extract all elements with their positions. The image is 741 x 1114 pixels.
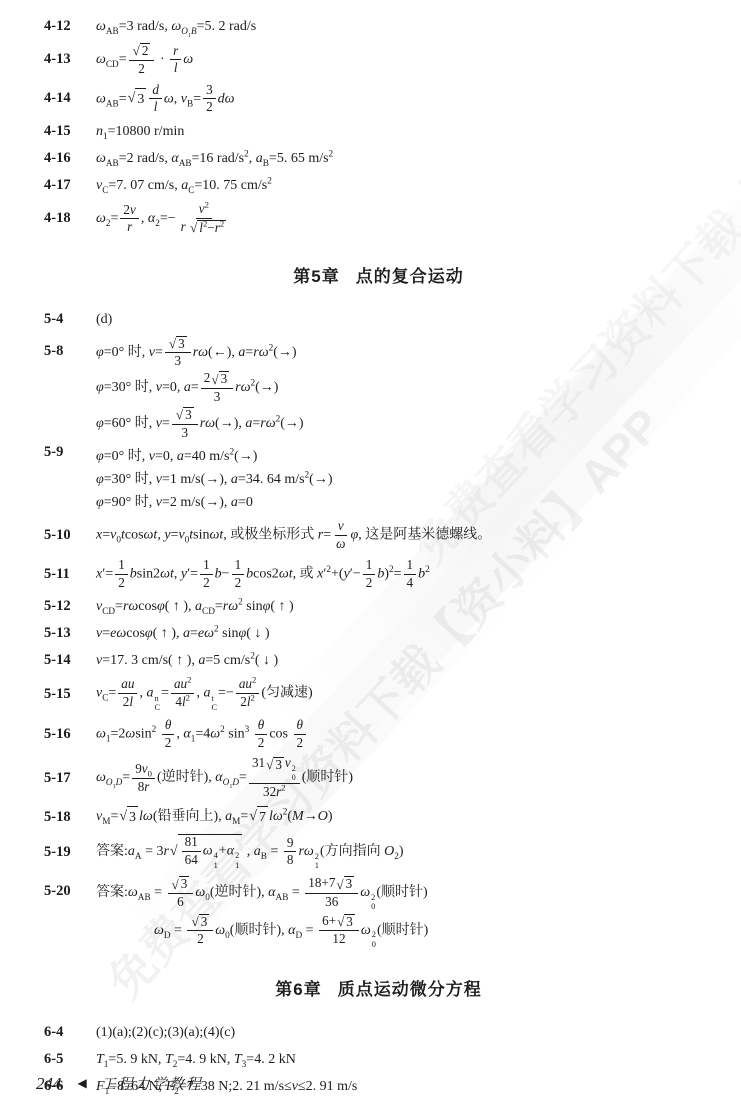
- problem-number: 5-8: [44, 334, 96, 360]
- formula-line: (1)(a);(2)(c);(3)(a);(4)(c): [96, 1022, 713, 1043]
- chapter-number: 第5章: [293, 267, 339, 286]
- problem-row: 5-20答案:ωAB = √36ω0(逆时针), αAB = 18+7√336ω…: [44, 874, 713, 950]
- chapter-title: 点的复合运动: [356, 267, 464, 286]
- problem-number: 4-15: [44, 123, 96, 140]
- problem-row: 5-19答案:aA = 3r√8164ω41+α21 , aB = 98rω21…: [44, 832, 713, 872]
- formula-line: v=eωcosφ( ↑ ), a=eω2 sinφ( ↓ ): [96, 623, 713, 644]
- problem-row: 4-13ωCD=√22 · rlω: [44, 41, 713, 79]
- formula-line: φ=0° 时, v=√33rω(←), a=rω2(→): [96, 336, 713, 370]
- problem-number: 4-18: [44, 210, 96, 227]
- problem-number: 5-18: [44, 809, 96, 826]
- problem-row: 5-10x=v0tcosωt, y=v0tsinωt, 或极坐标形式 r=vωφ…: [44, 517, 713, 553]
- formula-line: vC=au2l, anC=au24l2, atC=−au22l2(匀减速): [96, 677, 713, 712]
- problem-row: 5-13v=eωcosφ( ↑ ), a=eω2 sinφ( ↓ ): [44, 621, 713, 646]
- problem-row: 5-16ω1=2ωsin2 θ2, α1=4ω2 sin3 θ2cos θ2: [44, 716, 713, 752]
- formula-line: (d): [96, 309, 713, 330]
- problem-row: 5-15vC=au2l, anC=au24l2, atC=−au22l2(匀减速…: [44, 675, 713, 714]
- problem-answer: ωCD=√22 · rlω: [96, 41, 713, 79]
- problem-answer: x=v0tcosωt, y=v0tsinωt, 或极坐标形式 r=vωφ, 这是…: [96, 517, 713, 553]
- problem-answer: ωAB=3 rad/s, ωO1B=5. 2 rad/s: [96, 14, 713, 39]
- problem-number: 4-14: [44, 90, 96, 107]
- problem-answer: φ=0° 时, v=0, a=40 m/s2(→)φ=30° 时, v=1 m/…: [96, 444, 713, 515]
- formula-line: ωAB=2 rad/s, αAB=16 rad/s2, aB=5. 65 m/s…: [96, 148, 713, 169]
- formula-line: ωAB=3 rad/s, ωO1B=5. 2 rad/s: [96, 16, 713, 37]
- problem-number: 5-17: [44, 770, 96, 787]
- left-triangle-icon: ◀: [78, 1076, 87, 1091]
- problem-row: 5-17ωO1D=9v08r(逆时针), αO1D=31√3v2032r2(顺时…: [44, 754, 713, 802]
- problem-answer: 答案:ωAB = √36ω0(逆时针), αAB = 18+7√336ω20(顺…: [96, 874, 713, 950]
- book-title: 工程力学教程: [101, 1073, 203, 1094]
- formula-line: φ=60° 时, v=√33rω(→), a=rω2(→): [96, 407, 713, 441]
- problem-answer: ω1=2ωsin2 θ2, α1=4ω2 sin3 θ2cos θ2: [96, 716, 713, 752]
- problem-row: 4-17vC=7. 07 cm/s, aC=10. 75 cm/s2: [44, 173, 713, 198]
- problem-row: 6-4(1)(a);(2)(c);(3)(a);(4)(c): [44, 1020, 713, 1045]
- problem-row: 4-15n1=10800 r/min: [44, 119, 713, 144]
- problem-row: 4-16ωAB=2 rad/s, αAB=16 rad/s2, aB=5. 65…: [44, 146, 713, 171]
- formula-line: x′=12bsin2ωt, y′=12b−12bcos2ωt, 或 x′2+(y…: [96, 558, 713, 590]
- problem-answer: vCD=rωcosφ( ↑ ), aCD=rω2 sinφ( ↑ ): [96, 594, 713, 619]
- formula-line: ω1=2ωsin2 θ2, α1=4ω2 sin3 θ2cos θ2: [96, 718, 713, 750]
- formula-line: φ=0° 时, v=0, a=40 m/s2(→): [96, 446, 713, 467]
- formula-line: vC=7. 07 cm/s, aC=10. 75 cm/s2: [96, 175, 713, 196]
- problem-number: 5-4: [44, 311, 96, 328]
- formula-line: vCD=rωcosφ( ↑ ), aCD=rω2 sinφ( ↑ ): [96, 596, 713, 617]
- formula-line: x=v0tcosωt, y=v0tsinωt, 或极坐标形式 r=vωφ, 这是…: [96, 519, 713, 551]
- problem-answer: ωAB=√3dlω, vB=32dω: [96, 81, 713, 117]
- problem-answer: x′=12bsin2ωt, y′=12b−12bcos2ωt, 或 x′2+(y…: [96, 556, 713, 592]
- formula-line: ωD = √32ω0(顺时针), αD = 6+√312ω20(顺时针): [96, 914, 713, 949]
- formula-line: 答案:aA = 3r√8164ω41+α21 , aB = 98rω21(方向指…: [96, 834, 713, 870]
- formula-line: T1=5. 9 kN, T2=4. 9 kN, T3=4. 2 kN: [96, 1049, 713, 1070]
- formula-line: v=17. 3 cm/s( ↑ ), a=5 cm/s2( ↓ ): [96, 650, 713, 671]
- problem-number: 5-12: [44, 598, 96, 615]
- problem-row: 6-5T1=5. 9 kN, T2=4. 9 kN, T3=4. 2 kN: [44, 1047, 713, 1072]
- problem-number: 6-4: [44, 1024, 96, 1041]
- chapter-title: 质点运动微分方程: [338, 980, 482, 999]
- problem-number: 5-13: [44, 625, 96, 642]
- problem-row: 5-4(d): [44, 307, 713, 332]
- answers-content: 4-12ωAB=3 rad/s, ωO1B=5. 2 rad/s4-13ωCD=…: [0, 0, 741, 1101]
- page-number: 244: [36, 1074, 62, 1094]
- problem-number: 4-17: [44, 177, 96, 194]
- problem-number: 5-9: [44, 444, 96, 461]
- formula-line: n1=10800 r/min: [96, 121, 713, 142]
- problem-number: 4-13: [44, 51, 96, 68]
- problem-number: 5-10: [44, 527, 96, 544]
- problem-row: 4-18ω2=2vr, α2=−v2r √l2−r2: [44, 200, 713, 238]
- chapter-heading: 第5章点的复合运动: [44, 262, 713, 287]
- formula-line: φ=30° 时, v=1 m/s(→), a=34. 64 m/s2(→): [96, 469, 713, 490]
- problem-number: 5-14: [44, 652, 96, 669]
- problem-answer: T1=5. 9 kN, T2=4. 9 kN, T3=4. 2 kN: [96, 1047, 713, 1072]
- problem-answer: n1=10800 r/min: [96, 119, 713, 144]
- problem-number: 5-11: [44, 566, 96, 583]
- problem-row: 4-14ωAB=√3dlω, vB=32dω: [44, 81, 713, 117]
- problem-number: 4-16: [44, 150, 96, 167]
- formula-line: ωO1D=9v08r(逆时针), αO1D=31√3v2032r2(顺时针): [96, 756, 713, 800]
- problem-number: 4-12: [44, 18, 96, 35]
- problem-answer: v=eωcosφ( ↑ ), a=eω2 sinφ( ↓ ): [96, 621, 713, 646]
- formula-line: 答案:ωAB = √36ω0(逆时针), αAB = 18+7√336ω20(顺…: [96, 876, 713, 911]
- chapter-heading: 第6章质点运动微分方程: [44, 975, 713, 1000]
- formula-line: φ=30° 时, v=0, a=2√33rω2(→): [96, 371, 713, 405]
- formula-line: φ=90° 时, v=2 m/s(→), a=0: [96, 492, 713, 513]
- problem-answer: ωAB=2 rad/s, αAB=16 rad/s2, aB=5. 65 m/s…: [96, 146, 713, 171]
- problem-answer: v=17. 3 cm/s( ↑ ), a=5 cm/s2( ↓ ): [96, 648, 713, 673]
- problem-row: 4-12ωAB=3 rad/s, ωO1B=5. 2 rad/s: [44, 14, 713, 39]
- problem-number: 5-20: [44, 874, 96, 900]
- problem-number: 5-15: [44, 686, 96, 703]
- formula-line: ω2=2vr, α2=−v2r √l2−r2: [96, 202, 713, 236]
- problem-row: 5-8φ=0° 时, v=√33rω(←), a=rω2(→)φ=30° 时, …: [44, 334, 713, 443]
- problem-row: 5-14v=17. 3 cm/s( ↑ ), a=5 cm/s2( ↓ ): [44, 648, 713, 673]
- problem-row: 5-11x′=12bsin2ωt, y′=12b−12bcos2ωt, 或 x′…: [44, 556, 713, 592]
- problem-answer: (d): [96, 307, 713, 332]
- textbook-answer-page: 免费查看学习资料下载【资小料】APP 免费查看学习资料下载【资小料】APP 4-…: [0, 0, 741, 1114]
- formula-line: ωAB=√3dlω, vB=32dω: [96, 83, 713, 115]
- problem-number: 5-16: [44, 726, 96, 743]
- chapter-number: 第6章: [275, 980, 321, 999]
- problem-row: 5-9φ=0° 时, v=0, a=40 m/s2(→)φ=30° 时, v=1…: [44, 444, 713, 515]
- problem-answer: vC=7. 07 cm/s, aC=10. 75 cm/s2: [96, 173, 713, 198]
- problem-row: 5-12vCD=rωcosφ( ↑ ), aCD=rω2 sinφ( ↑ ): [44, 594, 713, 619]
- problem-answer: ω2=2vr, α2=−v2r √l2−r2: [96, 200, 713, 238]
- problem-answer: ωO1D=9v08r(逆时针), αO1D=31√3v2032r2(顺时针): [96, 754, 713, 802]
- problem-answer: 答案:aA = 3r√8164ω41+α21 , aB = 98rω21(方向指…: [96, 832, 713, 872]
- problem-number: 5-19: [44, 844, 96, 861]
- problem-answer: (1)(a);(2)(c);(3)(a);(4)(c): [96, 1020, 713, 1045]
- problem-row: 5-18vM=√3lω(铅垂向上), aM=√7lω2(M→O): [44, 804, 713, 830]
- problem-answer: vM=√3lω(铅垂向上), aM=√7lω2(M→O): [96, 804, 713, 830]
- formula-line: vM=√3lω(铅垂向上), aM=√7lω2(M→O): [96, 806, 713, 828]
- problem-number: 6-5: [44, 1051, 96, 1068]
- formula-line: ωCD=√22 · rlω: [96, 43, 713, 77]
- problem-answer: vC=au2l, anC=au24l2, atC=−au22l2(匀减速): [96, 675, 713, 714]
- page-footer: 244 ◀ 工程力学教程: [36, 1073, 203, 1094]
- problem-answer: φ=0° 时, v=√33rω(←), a=rω2(→)φ=30° 时, v=0…: [96, 334, 713, 443]
